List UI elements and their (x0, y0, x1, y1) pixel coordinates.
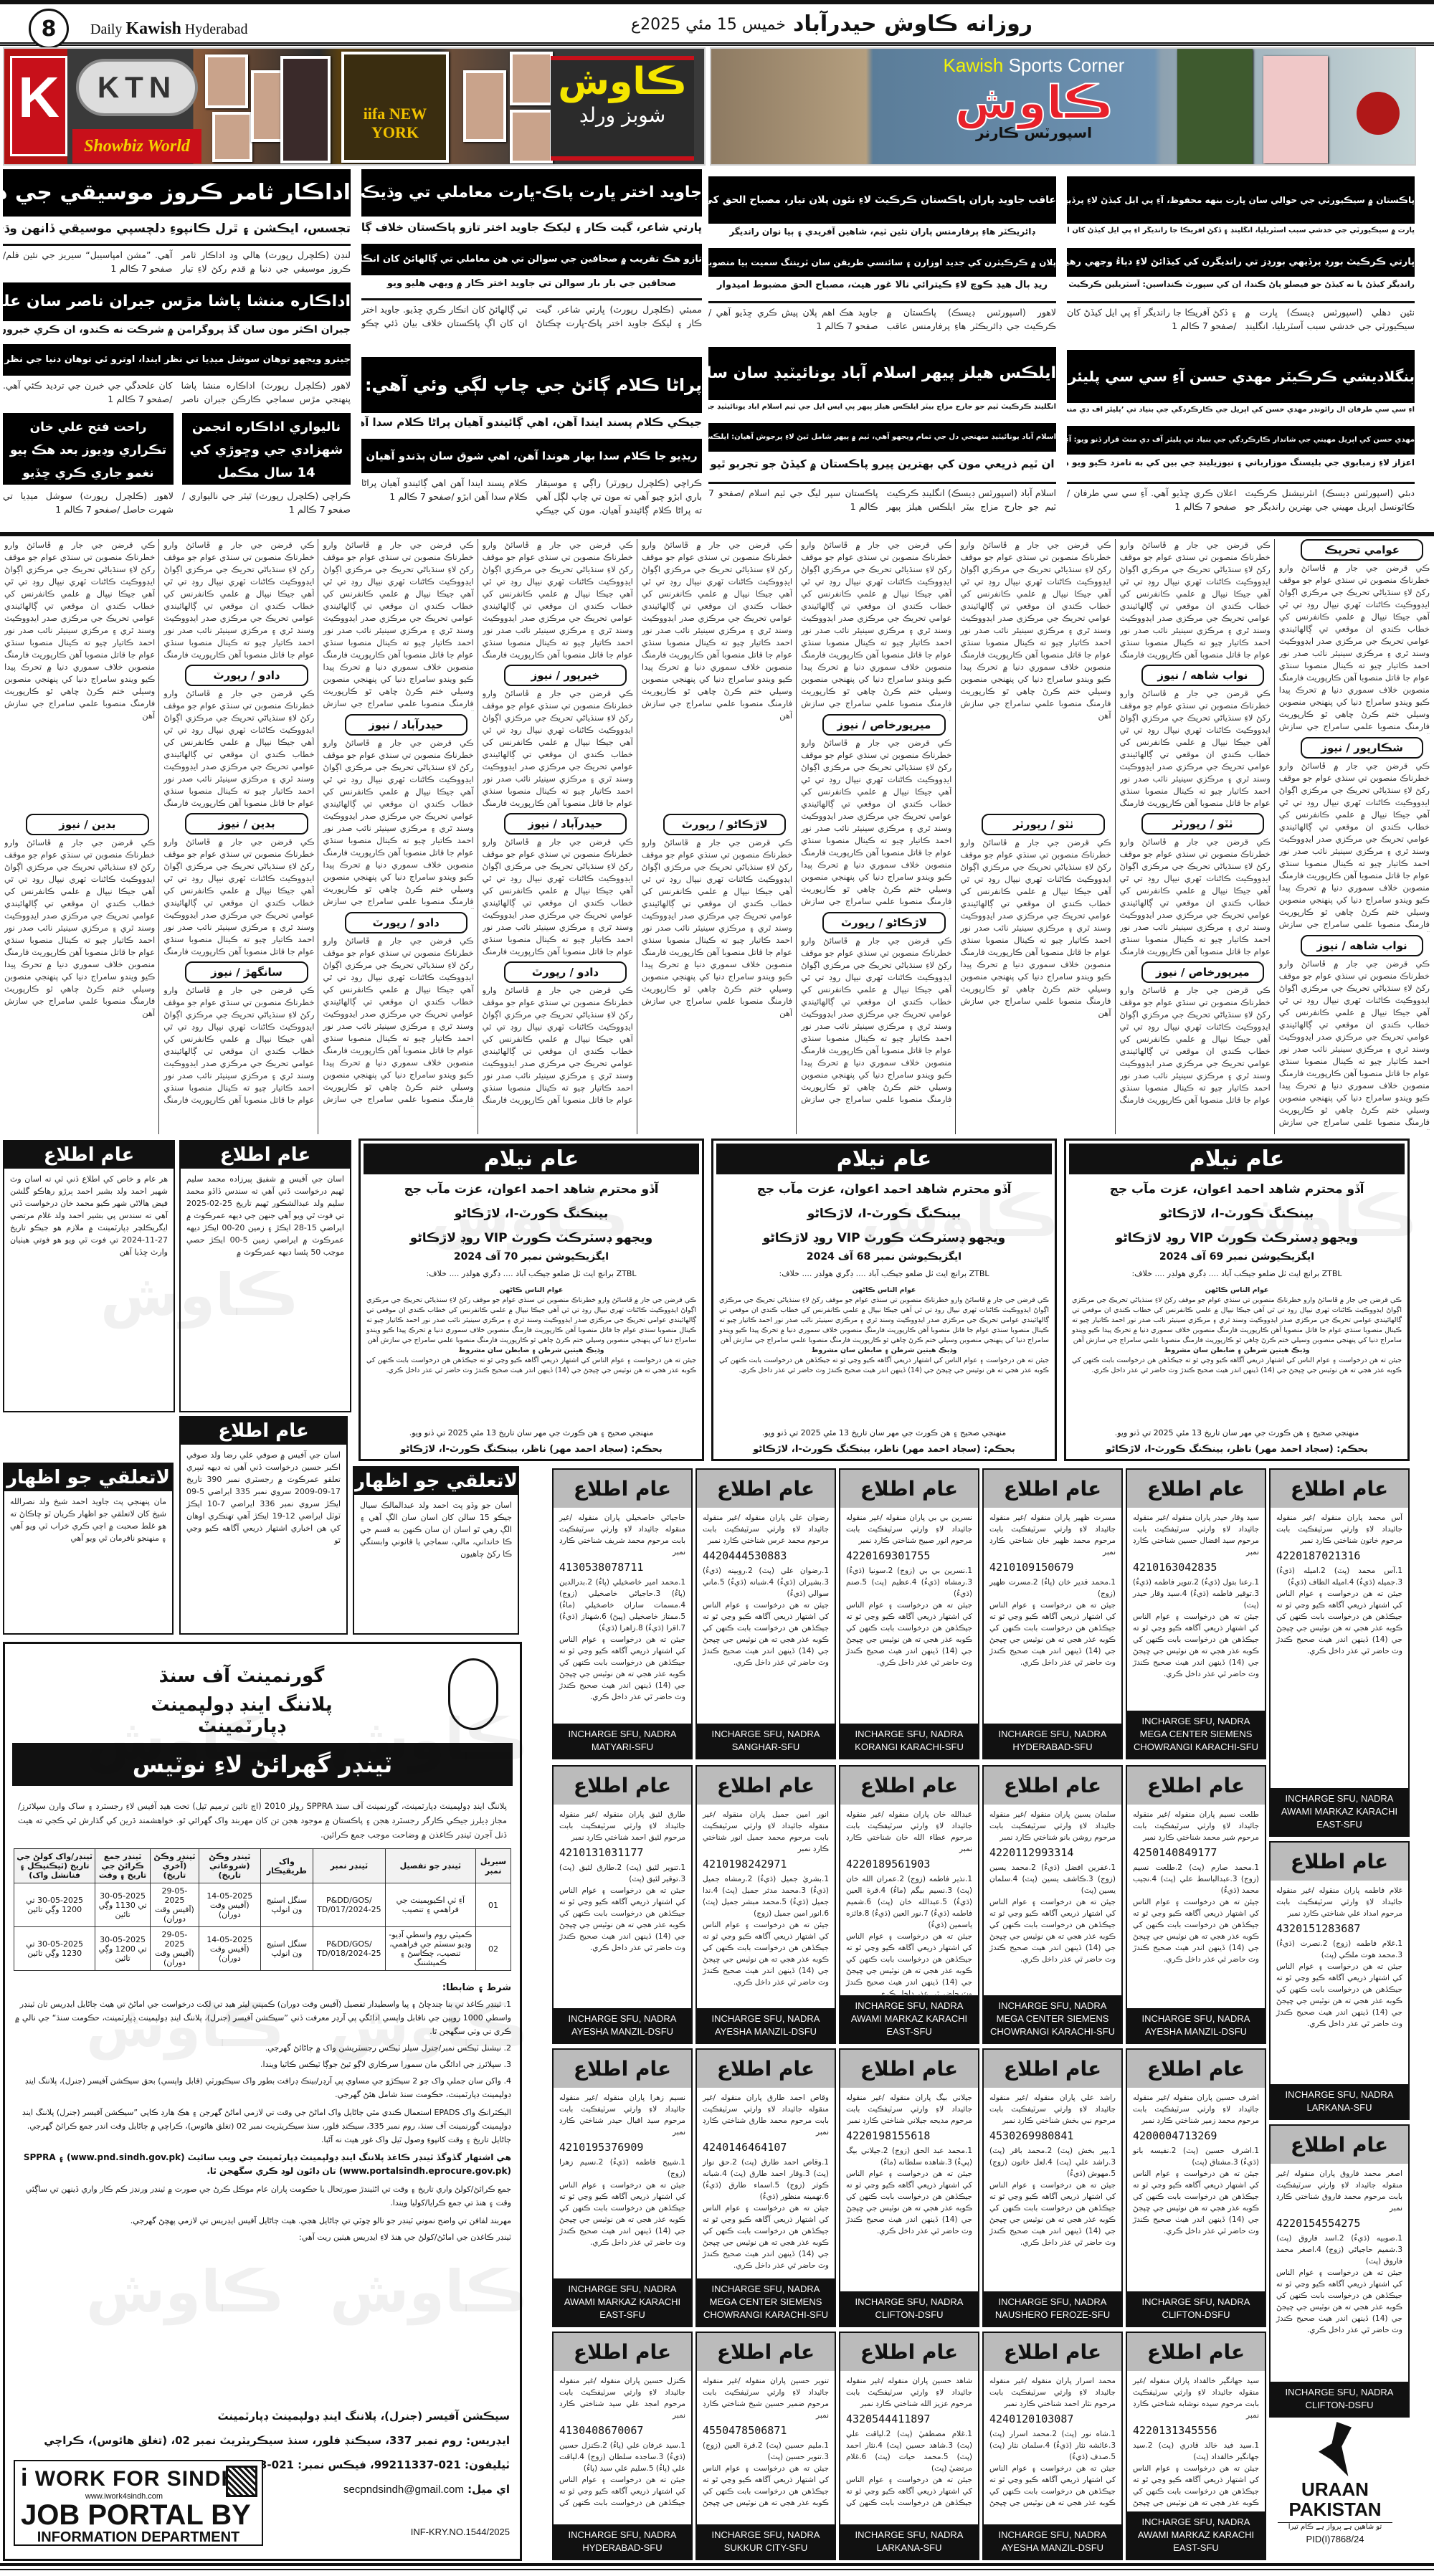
news-column: ڪي قرضن جي جار ۾ ڦاسائڻ وارو خطرناڪ منصو… (3, 539, 156, 1134)
nadra-office: INCHARGE SFU, NADRA AYESHA MANZIL-DSFU (984, 2524, 1121, 2559)
nadra-office: INCHARGE SFU, NADRA SANGHAR-SFU (697, 1724, 835, 1758)
cnic-number: 4420444530883 (703, 1549, 829, 1562)
divider (1067, 482, 1415, 484)
headline[interactable]: اداڪاره منشا پاشا مڙس جبران ناصر سان علح… (3, 282, 351, 321)
iifa-poster: iifa NEW YORK (341, 52, 449, 163)
judge-name: آڏو محترم شاهد احمد اعوان، عزت مآب جج (1066, 1180, 1407, 1199)
notice-body: عبدالله خان پاران منقوله /غير منقوله جائ… (840, 1805, 978, 1995)
auction-heading: عام نيلام (716, 1144, 1052, 1174)
column-text: ڪي قرضن جي جار ۾ ڦاسائڻ وارو خطرناڪ منصو… (801, 935, 951, 1107)
notice-heading: عام اطلاع (697, 2050, 835, 2088)
auction-date: منهنجي صحيح ۽ هن ڪورٽ جي مهر سان تاريخ 1… (361, 1428, 702, 1437)
tender-cell: سنگل اسٽيج ون انولپ (260, 1883, 313, 1927)
column-text: ڪي قرضن جي جار ۾ ڦاسائڻ وارو خطرناڪ منصو… (1279, 760, 1430, 932)
column-subhead[interactable]: ميرپورخاص / نيوز (822, 714, 945, 736)
sindh-government-emblem-icon (448, 1658, 498, 1730)
headline[interactable]: عاقب جاويد پاران پاڪستان ڪرڪيٽ لاءِ نئون… (708, 176, 1056, 224)
auction-parties: ZTBL برانچ ايٽ ٺل ضلعو جيڪب آباد .... ڊگ… (361, 1269, 702, 1278)
nadra-heirship-notice: عام اطلاعڪنزل حسين پاران منقوله /غير منق… (552, 2332, 693, 2560)
headline[interactable]: پراڻا ڪلام ڳائڻ جي چاپ لڳي وئي آهي: راڳي… (361, 357, 702, 413)
tennis-player-photo (1263, 56, 1328, 163)
info-reference-number: INF-KRY.NO.1544/2025 (411, 2527, 510, 2537)
news-column: ڪي قرضن جي جار ۾ ڦاسائڻ وارو خطرناڪ منصو… (1119, 539, 1272, 1134)
tender-column-header: ٽينڊر جمع ڪرائڻ جي تاريخ ۽ وقت (95, 1849, 151, 1883)
tender-column-header: ٽينڊر/واک کولڻ جي تاريخ (ٽيڪنيڪل ۽ فنانش… (14, 1849, 95, 1883)
clapper-poster (280, 56, 331, 163)
notice-heading: عام اطلاع (1127, 1767, 1265, 1805)
cricket-ball-icon (1357, 92, 1400, 135)
column-text: ڪي قرضن جي جار ۾ ڦاسائڻ وارو خطرناڪ منصو… (323, 935, 473, 1107)
news-column: ڪي قرضن جي جار ۾ ڦاسائڻ وارو خطرناڪ منصو… (959, 539, 1112, 1134)
notice-heading: عام اطلاع (1127, 2050, 1265, 2088)
cnic-number: 4210195376909 (559, 2141, 685, 2154)
tender-term: 2. نيشنل ٽيڪس نمبر/جنرل سيلز ٽيڪس رجسٽري… (14, 2041, 511, 2055)
divider (708, 301, 1056, 303)
tender-notice-ad: گورنمينٽ آف سنڌ پلاننگ اينڊ ڊولپمينٽ ڊپا… (3, 1642, 522, 2561)
column-divider (637, 539, 637, 1134)
divider (1067, 301, 1415, 303)
court-location: ويجهو ڊسٽرڪٽ ڪورٽ VIP روڊ لاڙڪاڻو (713, 1229, 1055, 1247)
nadra-office: INCHARGE SFU, NADRA KORANGI KARACHI-SFU (840, 1724, 978, 1758)
notice-heading: عام اطلاع (984, 2333, 1121, 2371)
notice-body: تنوير حسين پاران منقوله /غير منقوله جائي… (697, 2371, 835, 2511)
nadra-heirship-notice: عام اطلاعآس محمد پاران منقوله /غير منقول… (1269, 1468, 1410, 1837)
cnic-number: 4210163042835 (1133, 1561, 1259, 1574)
tender-term: 1. ٽينڊر ڪاغذ تي بنا چندڇاڻ ۽ پيا واسطيد… (14, 1997, 511, 2038)
news-column: عوامي تحريڪڪي قرضن جي جار ۾ ڦاسائڻ وارو … (1278, 539, 1431, 1134)
column-text: ڪي قرضن جي جار ۾ ڦاسائڻ وارو خطرناڪ منصو… (960, 837, 1111, 1108)
subhead-dark: ريڊيو جا ڪلام سدا بهار هوندا آهن، اهي شو… (361, 439, 702, 473)
sports-banner: Kawish Sports Corner ڪاوش اسپورٽس ڪارنر (710, 47, 1416, 166)
page-number: 8 (29, 9, 69, 49)
auction-date: منهنجي صحيح ۽ هن ڪورٽ جي مهر سان تاريخ 1… (1066, 1428, 1407, 1437)
column-subhead[interactable]: دادو / رپورٽ (345, 912, 467, 933)
column-text: ڪي قرضن جي جار ۾ ڦاسائڻ وارو خطرناڪ منصو… (323, 539, 473, 711)
subhead-dark: ڀارتي ڪرڪيٽ بورڊ پرڏيهي بورڊز تي رانديگر… (1067, 248, 1415, 277)
cricketer-photo (1177, 49, 1253, 166)
nadra-office: INCHARGE SFU, NADRA MEGA CENTER SIEMENS … (697, 2278, 835, 2326)
column-subhead[interactable]: نواب شاهه / نيوز (1141, 665, 1264, 686)
subhead: انگلينڊ ڪرڪيٽ ٽيم جو جارح مزاج بيٽر ايلڪ… (708, 403, 1056, 422)
actress-photo (510, 110, 553, 163)
nadra-heirship-notice: عام اطلاعمحمد اسرار پاران منقوله /غير من… (982, 2332, 1123, 2560)
auction-body: عوام الناس ڪاڻهنڪي قرضن جي جار ۾ ڦاسائڻ … (361, 1281, 702, 1432)
nadra-heirship-notice: عام اطلاععبدالله خان پاران منقوله /غير م… (839, 1765, 979, 2044)
news-column: ڪي قرضن جي جار ۾ ڦاسائڻ وارو خطرناڪ منصو… (162, 539, 315, 1134)
column-text: ڪي قرضن جي جار ۾ ڦاسائڻ وارو خطرناڪ منصو… (642, 539, 792, 811)
subhead-dark: اسلام آباد يونائيٽيڊ منهنجي دل جي تمام و… (708, 423, 1056, 452)
notice-body: جيلاني بيگ پاران منقوله /غير منقوله جائي… (840, 2088, 978, 2278)
nadra-office: INCHARGE SFU, NADRA SUKKUR CITY-SFU (697, 2524, 835, 2559)
story-body: نئين دهلي (اسپورٽس ڊيسڪ) ڀارت ۾ سيڪيورٽي… (1067, 305, 1415, 334)
nadra-office: INCHARGE SFU, NADRA AWAMI MARKAZ KARACHI… (554, 2278, 691, 2326)
kawish-showbiz-logo: ڪاوش شوبز ورلڊ (551, 56, 694, 161)
nadra-heirship-notice: عام اطلاعمسرت ظهير پاران منقوله /غير منق… (982, 1468, 1123, 1759)
column-text: ڪي قرضن جي جار ۾ ڦاسائڻ وارو خطرناڪ منصو… (483, 836, 633, 959)
execution-number: ايگزيڪيوشن نمبر 69 آف 2024 (1066, 1247, 1407, 1266)
notice-heading: عام اطلاع (840, 2333, 978, 2371)
auction-parties: ZTBL برانچ ايٽ ٺل ضلعو جيڪب آباد .... ڊگ… (1066, 1269, 1407, 1278)
news-column: ڪي قرضن جي جار ۾ ڦاسائڻ وارو خطرناڪ منصو… (640, 539, 794, 1134)
auction-body: عوام الناس ڪاڻهنڪي قرضن جي جار ۾ ڦاسائڻ … (1066, 1281, 1407, 1432)
column-divider (478, 539, 478, 1134)
tender-cell: P&DD/GOS/ TD/017/2024-25 (313, 1883, 386, 1927)
column-subhead[interactable]: حيدرآباد / نيوز (504, 813, 627, 835)
notice-heading: عام اطلاع (840, 1470, 978, 1508)
column-text: ڪي قرضن جي جار ۾ ڦاسائڻ وارو خطرناڪ منصو… (483, 984, 633, 1107)
subhead: اعزاز لاءِ زمبابوي جي بلیسنگ موزارباني ۽… (1067, 457, 1415, 479)
tender-cell: P&DD/GOS/ TD/018/2024-25 (313, 1927, 386, 1971)
news-column: ڪي قرضن جي جار ۾ ڦاسائڻ وارو خطرناڪ منصو… (799, 539, 953, 1134)
column-subhead[interactable]: حيدرآباد / نيوز (345, 714, 467, 736)
notice-body: غلام فاطمه پاران منقوله /غير منقوله جائي… (1271, 1881, 1408, 2071)
story-body: ڪراچي (ڪلچرل رپورٽر) راڳي ۽ موسيقار باري… (361, 476, 702, 518)
tender-website-links[interactable]: هي اشتهار گڏوگڏ ٽينڊر ڪاغذ پلاننگ اينڊ ڊ… (14, 2151, 511, 2178)
nadra-heirship-notice: عام اطلاعسلمان يسين پاران منقوله /غير من… (982, 1765, 1123, 2044)
headline[interactable]: ايلڪس هيلز پيهر اسلام آباد يونائيٽيڊ سان… (708, 347, 1056, 400)
notice-body: حاجياڻي خاصخيلي پاران منقوله /غير منقوله… (554, 1508, 691, 1710)
cnic-number: 4210109150679 (989, 1561, 1116, 1574)
column-subhead[interactable]: لاڙڪاڻو / رپورٽ (663, 814, 786, 835)
cnic-number: 4220198155618 (846, 2129, 972, 2142)
column-subhead[interactable]: ٺٽو / رپورٽر (1141, 813, 1264, 835)
subhead: ان ٽيم ذريعي مون کي بهترين پيرو پاڪستان … (708, 457, 1056, 479)
notice-heading: عام اطلاع (554, 2333, 691, 2371)
iwork-for-sindh-badge[interactable]: i WORK FOR SINDH www.iwork4sindh.com JOB… (14, 2460, 263, 2546)
nadra-heirship-notice: عام اطلاعغلام فاطمه پاران منقوله /غير من… (1269, 1841, 1410, 2120)
story-body: لاهور (اسپورٽس ڊيسڪ) پاڪستان ۾ ڪرڪيٽ جي … (708, 305, 1056, 334)
auction-heading: عام نيلام (1069, 1144, 1405, 1174)
divider (3, 244, 351, 246)
tender-cell: ڪميٽي روم واسطي آڊيو-وڊيو سسٽم جي فراهمي… (385, 1927, 475, 1971)
nadra-office: INCHARGE SFU, NADRA MEGA CENTER SIEMENS … (1127, 1711, 1265, 1758)
nadra-heirship-notice: عام اطلاعطلعت نسيم پاران منقوله /غير منق… (1126, 1765, 1266, 2044)
column-text: ڪي قرضن جي جار ۾ ڦاسائڻ وارو خطرناڪ منصو… (1279, 562, 1430, 734)
column-divider (955, 539, 956, 1134)
notice-heading: عام اطلاع (984, 1470, 1121, 1508)
court-name: بينڪنگ ڪورٽ-I، لاڙڪاڻو (361, 1204, 702, 1223)
notice-body: طارق لئيق پاران منقوله /غير منقوله جائيد… (554, 1805, 691, 1995)
column-divider (318, 539, 318, 1134)
actress-photo (205, 54, 248, 108)
general-notice-ad: عام اطلاع هر عام و خاص کي اطلاع ڏني ٿي ت… (3, 1140, 175, 1412)
nadra-office: INCHARGE SFU, NADRA CLIFTON-DSFU (1271, 2382, 1408, 2416)
general-notice-ad: عام اطلاع اسان جي آفيس ۾ شفيق پيرزاده مح… (179, 1140, 351, 1412)
notice-body: اصغر محمد فاروق پاران منقوله /غير منقوله… (1271, 2164, 1408, 2368)
column-subhead[interactable]: سانگهڙ / نيوز (185, 961, 308, 983)
column-text: ڪي قرضن جي جار ۾ ڦاسائڻ وارو خطرناڪ منصو… (163, 984, 314, 1107)
cnic-number: 4130408670067 (559, 2424, 685, 2437)
nadra-office: INCHARGE SFU, NADRA AYESHA MANZIL-DSFU (697, 2008, 835, 2043)
actress-photo (212, 112, 252, 162)
column-text: ڪي قرضن جي جار ۾ ڦاسائڻ وارو خطرناڪ منصو… (4, 837, 155, 1108)
subhead: ڊائريڪٽر هاءِ پرفارمنس پاران نئين ٽيم، ش… (708, 227, 1056, 245)
subhead: ريڊ بال هيڊ ڪوچ لاءِ ڪيترائي نالا غور هي… (708, 280, 1056, 298)
notice-body: شاهد حسين پاران منقوله /غير منقوله جائيد… (840, 2371, 978, 2511)
story-body: دبئي (اسپورٽس ڊيسڪ) انٽرنيشنل ڪرڪيٽ ڪائو… (1067, 486, 1415, 515)
notice-heading: عام اطلاع (554, 2050, 691, 2088)
nadra-heirship-notice: عام اطلاعاصغر محمد فاروق پاران منقوله /غ… (1269, 2124, 1410, 2418)
tender-cell: 30-05-2025 تي 1200 وڳي تائين (95, 1927, 151, 1971)
section-divider (0, 532, 1434, 536)
masthead-left: 8 Daily Kawish Hyderabad (29, 9, 248, 49)
tender-column-header: ٽينڊر وڪڻ (آخري تاريخ) (150, 1849, 199, 1883)
tender-column-header: ٽينڊر وڪڻ (شروعاتي تاريخ) (199, 1849, 260, 1883)
auction-heading: عام نيلام (364, 1144, 699, 1174)
tender-table: سيريل نمبرٽينڊر جو تفصيلٽينڊر نمبرواک طر… (14, 1848, 511, 1971)
story-body: ممبئي (ڪلچرل رپورٽ) ڀارتي شاعر، گيت ڪار … (361, 303, 702, 343)
column-divider (158, 539, 159, 1134)
nadra-office: INCHARGE SFU, NADRA CLIFTON-DSFU (840, 2291, 978, 2326)
story-body: لاهور (ڪلچرل رپورٽ) اداڪاره منشا پاشا پن… (3, 379, 351, 406)
notice-body: سيد جهانگير خالقداد پاران منقوله /غير من… (1127, 2371, 1265, 2511)
court-name: بينڪنگ ڪورٽ-I، لاڙڪاڻو (1066, 1204, 1407, 1223)
column-subhead[interactable]: لاڙڪاڻو / رپورٽ (822, 912, 945, 933)
sports-corner-logo: Kawish Sports Corner ڪاوش اسپورٽس ڪارنر (891, 54, 1177, 162)
judge-name: آڏو محترم شاهد احمد اعوان، عزت مآب جج (361, 1180, 702, 1199)
subhead: صحافين جي بار بار سوالن تي جاويد اختر ڪا… (361, 278, 702, 297)
subhead: ڀارتي شاعر، گيت ڪار ۽ ليکڪ جاويد اختر تا… (361, 221, 702, 241)
column-text: ڪي قرضن جي جار ۾ ڦاسائڻ وارو خطرناڪ منصو… (1120, 836, 1271, 959)
tender-row: 02ڪميٽي روم واسطي آڊيو-وڊيو سسٽم جي فراه… (14, 1927, 511, 1971)
column-subhead[interactable]: عوامي تحريڪ (1301, 539, 1423, 561)
tender-cell: 29-05-2025 (آفيس وقت دوران) (150, 1927, 199, 1971)
column-text: ڪي قرضن جي جار ۾ ڦاسائڻ وارو خطرناڪ منصو… (1120, 984, 1271, 1107)
cnic-number: 4220187021316 (1276, 1549, 1402, 1562)
story-body: اسلام آباد (اسپورٽس ڊيسڪ) انگلينڊ ڪرڪيٽ … (708, 486, 1056, 515)
notice-body: نسرين بي بي پاران منقوله /غير منقوله جائ… (840, 1508, 978, 1710)
tender-intro: پلاننگ اينڊ ڊولپمينٽ ڊپارٽمينٽ، گورنمينٽ… (12, 1795, 513, 1846)
notice-body: وقاص احمد طارق پاران منقوله /غير منقوله … (697, 2088, 835, 2278)
actress-photo (510, 52, 553, 105)
nadra-heirship-notice: عام اطلاعنسرين بي بي پاران منقوله /غير م… (839, 1468, 979, 1759)
nadra-office: INCHARGE SFU, NADRA AWAMI MARKAZ KARACHI… (1127, 2511, 1265, 2559)
showbiz-banner: K KTN Showbiz World iifa NEW YORK ڪاوش ش… (3, 47, 706, 166)
headline[interactable]: جاويد اختر ڀارت پاڪ-ڀارت معاملي تي وڌيڪ … (361, 169, 702, 217)
headline[interactable]: پاڪستان ۾ سيڪيورٽي جي حوالي سان ڀارت بنه… (1067, 176, 1415, 224)
tender-cell: 02 (475, 1927, 511, 1971)
cnic-number: 4220112993314 (989, 1846, 1116, 1859)
nadra-office: INCHARGE SFU, NADRA AWAMI MARKAZ KARACHI… (1271, 1788, 1408, 1835)
auction-signature: بحڪم: (سجاد احمد مهر) ناظر، بينڪنگ ڪورٽ-… (1066, 1444, 1407, 1455)
column-text: ڪي قرضن جي جار ۾ ڦاسائڻ وارو خطرناڪ منصو… (801, 539, 951, 711)
cnic-number: 4240120103087 (989, 2413, 1116, 2425)
notice-body: رضوان علي پاران منقوله /غير منقوله جائيد… (697, 1508, 835, 1710)
column-subhead[interactable]: بدين / نيوز (26, 814, 148, 835)
notice-body: انور امين جميل پاران منقوله /غير منقوله … (697, 1805, 835, 1995)
tender-column-header: ٽينڊر جو تفصيل (385, 1849, 475, 1883)
tender-column-header: سيريل نمبر (475, 1849, 511, 1883)
notice-body: سلمان يسين پاران منقوله /غير منقوله جائي… (984, 1805, 1121, 1995)
tender-column-header: واک طريقيڪار (260, 1849, 313, 1883)
tender-cell: 29-05-2025 (آفيس وقت دوران) (150, 1883, 199, 1927)
cnic-number: 4240146464107 (703, 2141, 829, 2154)
tender-cell: سنگل اسٽيج ون انولپ (260, 1927, 313, 1971)
tender-cell: 30-05-2025 تي 1230 وڳي تائين (14, 1927, 95, 1971)
disowning-notice-ad: لاتعلقي جو اظهار مان پنهنجي پٽ جاويد احم… (3, 1463, 174, 1635)
column-subhead[interactable]: خيرپور / نيوز (504, 665, 627, 686)
column-divider (796, 539, 797, 1134)
headline[interactable]: اداڪار ثامر ڪروز موسيقي جي دنيا ۾ قدم رک… (3, 169, 351, 217)
column-subhead[interactable]: شڪارپور / نيوز (1301, 737, 1423, 759)
court-location: ويجهو ڊسٽرڪٽ ڪورٽ VIP روڊ لاڙڪاڻو (361, 1229, 702, 1247)
column-divider (1274, 539, 1275, 1134)
subhead: تجسس، ايڪشن ۽ ٿرل ڪانپوءِ دلچسپي موسيقي … (3, 221, 351, 241)
nadra-heirship-notice: عام اطلاعشاهد حسين پاران منقوله /غير منق… (839, 2332, 979, 2560)
column-text: ڪي قرضن جي جار ۾ ڦاسائڻ وارو خطرناڪ منصو… (483, 688, 633, 810)
divider (708, 482, 1056, 484)
column-text: ڪي قرضن جي جار ۾ ڦاسائڻ وارو خطرناڪ منصو… (163, 539, 314, 662)
notice-heading: عام اطلاع (1271, 2126, 1408, 2164)
subhead: رانديگر کيڏڻ يا نه کيڏڻ جو فيصلو پاڻ ڪند… (1067, 280, 1415, 298)
nadra-heirship-notice: عام اطلاعتنوير حسين پاران منقوله /غير من… (695, 2332, 836, 2560)
public-auction-ad: عام نيلامآڏو محترم شاهد احمد اعوان، عزت … (1064, 1139, 1410, 1461)
nadra-heirship-notice: عام اطلاعحاجياڻي خاصخيلي پاران منقوله /غ… (552, 1468, 693, 1759)
tender-terms: شرط ۽ ضابطا: 1. ٽينڊر ڪاغذ تي بنا چندڇاڻ… (14, 1981, 511, 2244)
notice-heading: عام اطلاع (697, 1767, 835, 1805)
ktn-logo: KTN (76, 59, 198, 116)
column-text: ڪي قرضن جي جار ۾ ڦاسائڻ وارو خطرناڪ منصو… (323, 737, 473, 909)
disowning-notice-ad: لاتعلقي جو اظهار اسان جو وڏو پٽ احمد ولد… (353, 1466, 519, 1635)
nadra-office: INCHARGE SFU, NADRA HYDERABAD-SFU (984, 1724, 1121, 1758)
column-text: ڪي قرضن جي جار ۾ ڦاسائڻ وارو خطرناڪ منصو… (960, 539, 1111, 811)
column-subhead[interactable]: بدين / نيوز (185, 813, 308, 835)
nadra-heirship-notice: عام اطلاعجيلاني بيگ پاران منقوله /غير من… (839, 2048, 979, 2327)
notice-body: طلعت نسيم پاران منقوله /غير منقوله جائيد… (1127, 1805, 1265, 1995)
eagle-icon (1319, 2422, 1352, 2476)
notice-heading: عام اطلاع (984, 1767, 1121, 1805)
sports-news-section: عاقب جاويد پاران پاڪستان ڪرڪيٽ لاءِ نئون… (708, 169, 1425, 531)
notice-body: سيد وقار حيدر پاران منقوله /غير منقوله ج… (1127, 1508, 1265, 1710)
tender-cell: آءِ ٽي اڪيوپمينٽ جي فراهمي ۽ تنصيب (385, 1883, 475, 1927)
column-text: ڪي قرضن جي جار ۾ ڦاسائڻ وارو خطرناڪ منصو… (1120, 539, 1271, 662)
news-column: ڪي قرضن جي جار ۾ ڦاسائڻ وارو خطرناڪ منصو… (481, 539, 635, 1134)
notice-heading: عام اطلاع (697, 2333, 835, 2371)
nadra-office: INCHARGE SFU, NADRA AWAMI MARKAZ KARACHI… (840, 1995, 978, 2043)
notice-body: آس محمد پاران منقوله /غير منقوله جائيداد… (1271, 1508, 1408, 1787)
notice-heading: عام اطلاع (840, 2050, 978, 2088)
subhead-dark: تازو هڪ تقريب ۾ صحافين جي سوالن تي هن مع… (361, 244, 702, 275)
headline[interactable]: بنگلاديشي ڪرڪيٽر مهدي حسن آءِ سي سي پليئ… (1067, 350, 1415, 403)
actress-photo (463, 70, 506, 142)
notice-heading: عام اطلاع (554, 1767, 691, 1805)
cnic-number: 4220131345556 (1133, 2424, 1259, 2437)
column-subhead[interactable]: دادو / رپورٽ (185, 665, 308, 686)
judge-name: آڏو محترم شاهد احمد اعوان، عزت مآب جج (713, 1180, 1055, 1199)
nadra-office: INCHARGE SFU, NADRA CLIFTON-DSFU (1127, 2291, 1265, 2326)
notice-heading: عام اطلاع (1271, 1470, 1408, 1508)
nadra-heirship-notice: عام اطلاعوقاص احمد طارق پاران منقوله /غي… (695, 2048, 836, 2327)
tender-term: 3. سپلائرز جي ادائگي مان سمورا سرڪاري لا… (14, 2058, 511, 2071)
cnic-number: 4130538078711 (559, 1561, 685, 1574)
tender-cell: 30-05-2025 تي 1130 وڳي تائين (95, 1883, 151, 1927)
notice-body: محمد اسرار پاران منقوله /غير منقوله جائي… (984, 2371, 1121, 2511)
headline[interactable]: ناليواري اداڪاره انجمن شهزادي جي وڇوڙي ک… (182, 413, 351, 485)
nadra-heirship-notice: عام اطلاعسيد جهانگير خالقداد پاران منقول… (1126, 2332, 1266, 2560)
cnic-number: 4210131031177 (559, 1846, 685, 1859)
showbiz-world-label: Showbiz World (72, 129, 201, 163)
cnic-number: 4220189561903 (846, 1858, 972, 1871)
newspaper-title: روزانه ڪاوش حيدرآباد (793, 11, 1032, 37)
nadra-heirship-notice: عام اطلاعراشد علي پاران منقوله /غير منقو… (982, 2048, 1123, 2327)
general-notice-ad: عام اطلاع اسان جي آفيس ۾ صوفي علي رضا ول… (179, 1416, 348, 1635)
notice-heading: عام اطلاع (1127, 2333, 1265, 2371)
cnic-number: 4220154554275 (1276, 2217, 1402, 2230)
court-location: ويجهو ڊسٽرڪٽ ڪورٽ VIP روڊ لاڙڪاڻو (1066, 1229, 1407, 1247)
subhead: جبران اڪثر مون سان گڏ پروگرامن ۾ شرڪت نه… (3, 324, 351, 343)
notice-body: اشرف حسين پاران منقوله /غير منقوله جائيد… (1127, 2088, 1265, 2278)
cnic-number: 4320151283687 (1276, 1922, 1402, 1935)
auction-date: منهنجي صحيح ۽ هن ڪورٽ جي مهر سان تاريخ 1… (713, 1428, 1055, 1437)
column-subhead[interactable]: ميرپورخاص / نيوز (1141, 961, 1264, 983)
column-text: ڪي قرضن جي جار ۾ ڦاسائڻ وارو خطرناڪ منصو… (1279, 958, 1430, 1130)
subhead: جيڪي ڪلام پسند ايندا آهن، اهي ڳائيندو آه… (361, 416, 702, 437)
story-body: لاهور (ڪلچرل رپورٽ) سوشل ميڊيا تي شهرت ح… (3, 489, 174, 518)
auction-signature: بحڪم: (سجاد احمد مهر) ناظر، بينڪنگ ڪورٽ-… (361, 1444, 702, 1455)
column-text: ڪي قرضن جي جار ۾ ڦاسائڻ وارو خطرناڪ منصو… (163, 836, 314, 959)
nadra-heirship-notice: عام اطلاعرضوان علي پاران منقوله /غير منق… (695, 1468, 836, 1759)
tender-cell: 01 (475, 1883, 511, 1927)
department-name: پلاننگ اينڊ ڊولپمينٽ ڊپارٽمينٽ (127, 1694, 356, 1737)
issue-date: خميس 15 مئي 2025ع (631, 16, 786, 34)
nadra-heirship-notice: عام اطلاعطارق لئيق پاران منقوله /غير منق… (552, 1765, 693, 2044)
story-body: ڪراچي (ڪلچرل رپورٽ) ٿيٽر جي ناليواري /صف… (182, 489, 351, 518)
pid-number: PID(I)7868/24 (1263, 2534, 1407, 2544)
column-text: ڪي قرضن جي جار ۾ ڦاسائڻ وارو خطرناڪ منصو… (801, 737, 951, 909)
column-text: ڪي قرضن جي جار ۾ ڦاسائڻ وارو خطرناڪ منصو… (1120, 688, 1271, 810)
subhead-dark: مهدي حسن کي اپريل مهيني جي شاندار ڪارڪرد… (1067, 426, 1415, 455)
notice-body: مسرت ظهير پاران منقوله /غير منقوله جائيد… (984, 1508, 1121, 1710)
divider (361, 298, 702, 300)
story-body: لنڊن (ڪلچرل رپورٽ) هالي وڊ اداڪار ثامر ڪ… (3, 248, 351, 275)
column-text: ڪي قرضن جي جار ۾ ڦاسائڻ وارو خطرناڪ منصو… (163, 688, 314, 810)
notice-heading: عام اطلاع (554, 1470, 691, 1508)
column-text: ڪي قرضن جي جار ۾ ڦاسائڻ وارو خطرناڪ منصو… (642, 837, 792, 1108)
kashish-logo: K (10, 56, 67, 156)
column-divider (1115, 539, 1116, 1134)
column-subhead[interactable]: نواب شاهه / نيوز (1301, 935, 1423, 956)
public-auction-ad: عام نيلامآڏو محترم شاهد احمد اعوان، عزت … (711, 1139, 1057, 1461)
notice-heading: عام اطلاع (984, 2050, 1121, 2088)
notice-heading: عام اطلاع (1127, 1470, 1265, 1508)
notice-heading: عام اطلاع (840, 1767, 978, 1805)
column-subhead[interactable]: دادو / رپورٽ (504, 961, 627, 983)
notice-heading: عام اطلاع (1271, 1843, 1408, 1881)
tender-term: 4. واکن سان جملي واک جو 2 سيڪڙو جي مساوي… (14, 2074, 511, 2101)
headline[interactable]: راحت فتح علي خان تڪراري وڊيوز بعد هڪ ٻيو… (3, 413, 174, 485)
qr-code-icon (226, 2466, 257, 2497)
column-subhead[interactable]: ٺٽو / رپورٽر (982, 814, 1104, 835)
nadra-office: INCHARGE SFU, NADRA HYDERABAD-SFU (554, 2524, 691, 2559)
news-column: ڪي قرضن جي جار ۾ ڦاسائڻ وارو خطرناڪ منصو… (321, 539, 475, 1134)
cnic-number: 4320544411897 (846, 2413, 972, 2425)
cnic-number: 4200004713269 (1133, 2129, 1259, 2142)
tender-cell: 14-05-2025 (آفيس وقت دوران) (199, 1883, 260, 1927)
subhead-dark: پلان ۾ ڪرڪيٽرن کي جديد اوزارن ۽ سائنسي ط… (708, 248, 1056, 277)
subhead-dark: جيترو ويجهو توهان سوشل ميڊيا تي نظر ايند… (3, 344, 351, 376)
uraan-pakistan-logo: URAAN PAKISTAN تو شاهين ہے پرواز ہے ڪام … (1263, 2422, 1407, 2558)
nadra-office: INCHARGE SFU, NADRA MATYARI-SFU (554, 1724, 691, 1758)
government-name: گورنمينٽ آف سنڌ (127, 1665, 356, 1687)
subhead: ڀارت ۾ سيڪيورٽي جي خدشي سبب آسٽريليا، ان… (1067, 227, 1415, 245)
nadra-heirship-notice: عام اطلاعسيد وقار حيدر پاران منقوله /غير… (1126, 1468, 1266, 1759)
execution-number: ايگزيڪيوشن نمبر 70 آف 2024 (361, 1247, 702, 1266)
subhead: آءِ سي سي طرفان آل رائونڊر مهدي حسن کي ا… (1067, 406, 1415, 424)
nadra-office: INCHARGE SFU, NADRA LARKANA-SFU (840, 2524, 978, 2559)
nadra-office: INCHARGE SFU, NADRA LARKANA-SFU (1271, 2084, 1408, 2119)
cnic-number: 4250140849177 (1133, 1846, 1259, 1859)
execution-number: ايگزيڪيوشن نمبر 68 آف 2024 (713, 1247, 1055, 1266)
